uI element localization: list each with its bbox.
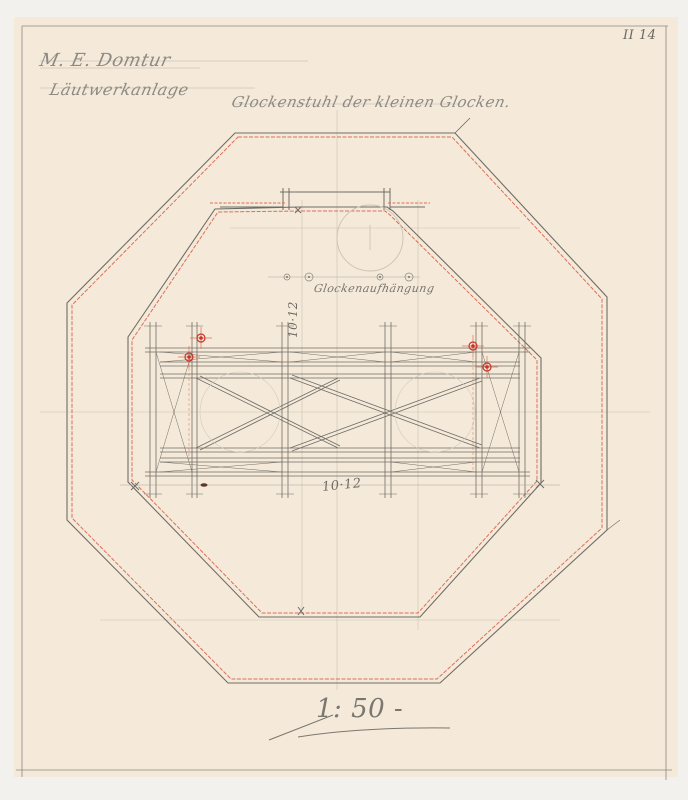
- red-markers: [178, 327, 498, 470]
- dimension-vertical: 10·12: [286, 301, 300, 338]
- bearing-points: [268, 273, 420, 281]
- bell-frame-plan-drawing: [0, 0, 688, 800]
- bell-frame: [120, 322, 560, 498]
- header-name: M. E. Domtur: [38, 50, 173, 71]
- sheet-number: II 14: [623, 28, 656, 43]
- sheet-border: [16, 26, 672, 780]
- ink-dot: [201, 483, 208, 487]
- header-project: Läutwerkanlage: [48, 80, 191, 99]
- bell-label: Glockenaufhängung: [313, 282, 436, 295]
- bell-outline: [337, 205, 403, 271]
- drawing-title: Glockenstuhl der kleinen Glocken.: [230, 93, 512, 111]
- scale-label: 1: 50 -: [316, 694, 403, 724]
